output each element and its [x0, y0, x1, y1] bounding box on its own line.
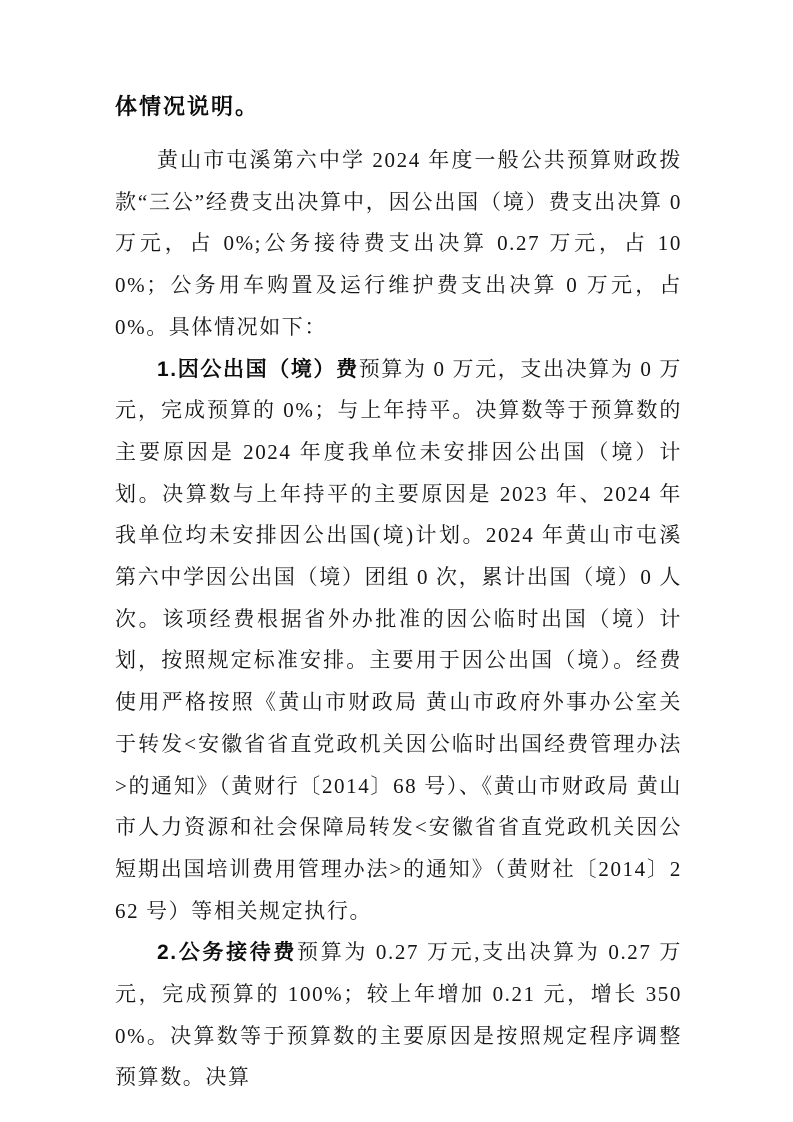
section-2-title: 2.公务接待费: [157, 941, 297, 964]
section-1-title: 1.因公出国（境）费: [157, 358, 359, 381]
section-1-paragraph: 1.因公出国（境）费预算为 0 万元，支出决算为 0 万元，完成预算的 0%；与…: [115, 349, 682, 933]
summary-paragraph: 黄山市屯溪第六中学 2024 年度一般公共预算财政拨款“三公”经费支出决算中，因…: [115, 140, 682, 349]
section-heading-fragment: 体情况说明。: [115, 86, 682, 128]
section-2-paragraph: 2.公务接待费预算为 0.27 万元,支出决算为 0.27 万元，完成预算的 1…: [115, 932, 682, 1099]
document-content: 体情况说明。 黄山市屯溪第六中学 2024 年度一般公共预算财政拨款“三公”经费…: [115, 86, 682, 1099]
document-page: 体情况说明。 黄山市屯溪第六中学 2024 年度一般公共预算财政拨款“三公”经费…: [0, 0, 793, 1122]
section-1-text: 预算为 0 万元，支出决算为 0 万元，完成预算的 0%；与上年持平。决算数等于…: [115, 357, 682, 923]
